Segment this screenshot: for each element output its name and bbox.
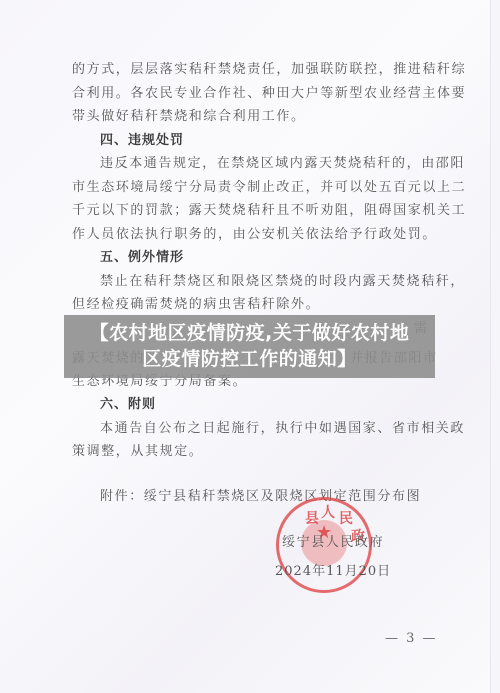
paragraph-line: 带头做好秸秆禁烧和综合利用工作。 bbox=[72, 109, 306, 125]
section-heading-penalty: 四、违规处罚 bbox=[100, 133, 184, 149]
banner-title-line-2: 区疫情防控工作的通知】 bbox=[64, 346, 435, 372]
seal-char: 人 bbox=[321, 502, 335, 522]
paragraph-line: 违反本通告规定，在禁烧区域内露天焚烧秸秆的，由邵阳 bbox=[100, 156, 465, 172]
paragraph-line: 市生态环境局绥宁分局责令制止改正，并可以处五百元以上二 bbox=[72, 180, 466, 196]
seal-char: 民 bbox=[339, 508, 353, 528]
paragraph-line: 禁止在秸秆禁烧区和限烧区禁烧的时段内露天焚烧秸秆， bbox=[100, 274, 465, 290]
paragraph-line: 但经检疫确需焚烧的病虫害秸秆除外。 bbox=[72, 297, 320, 313]
page-number: — 3 — bbox=[385, 631, 438, 646]
issue-date: 2024年11月20日 bbox=[275, 564, 391, 580]
paragraph-line: 作人员依法执行职务的，由公安机关依法给予行政处罚。 bbox=[72, 227, 437, 243]
section-heading-exceptions: 五、例外情形 bbox=[100, 250, 184, 266]
paragraph-line: 合利用。各农民专业合作社、种田大户等新型农业经营主体要 bbox=[72, 86, 466, 102]
seal-char: 县 bbox=[305, 508, 319, 528]
banner-title: 【农村地区疫情防疫,关于做好农村地 区疫情防控工作的通知】 bbox=[64, 320, 435, 372]
issuer-name: 绥宁县人民政府 bbox=[282, 535, 384, 551]
attachment-note: 附件：绥宁县秸秆禁烧区及限烧区划定范围分布图 bbox=[100, 489, 421, 505]
title-overlay-banner: 【农村地区疫情防疫,关于做好农村地 区疫情防控工作的通知】 bbox=[64, 315, 435, 378]
paragraph-line: 的方式，层层落实秸秆禁烧责任，加强联防联控，推进秸秆综 bbox=[72, 62, 466, 78]
paragraph-line: 本通告自公布之日起施行，执行中如遇国家、省市相关政 bbox=[100, 421, 465, 437]
paragraph-line: 策调整，从其规定。 bbox=[72, 444, 203, 460]
section-heading-supplementary: 六、附则 bbox=[100, 397, 156, 413]
banner-title-line-1: 【农村地区疫情防疫,关于做好农村地 bbox=[64, 320, 435, 346]
paragraph-line: 千元以下的罚款；露天焚烧秸秆且不听劝阻，阻碍国家机关工 bbox=[72, 203, 466, 219]
